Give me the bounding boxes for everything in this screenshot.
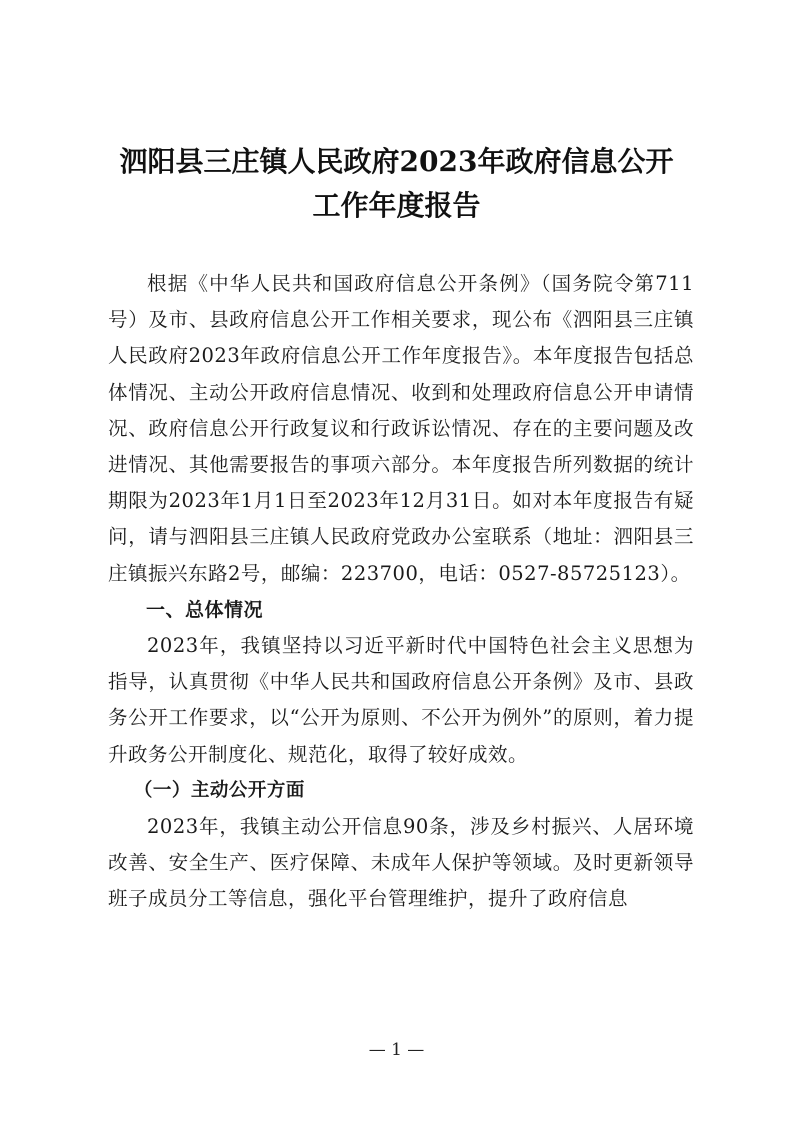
title-line-1: 泗阳县三庄镇人民政府2023年政府信息公开 <box>60 140 733 184</box>
proactive-disclosure-paragraph: 2023年，我镇主动公开信息90条，涉及乡村振兴、人居环境改善、安全生产、医疗保… <box>108 809 694 918</box>
document-title: 泗阳县三庄镇人民政府2023年政府信息公开 工作年度报告 <box>60 140 733 228</box>
document-page: 泗阳县三庄镇人民政府2023年政府信息公开 工作年度报告 根据《中华人民共和国政… <box>0 0 793 1122</box>
intro-paragraph: 根据《中华人民共和国政府信息公开条例》（国务院令第711号）及市、县政府信息公开… <box>108 266 694 592</box>
overview-paragraph: 2023年，我镇坚持以习近平新时代中国特色社会主义思想为指导，认真贯彻《中华人民… <box>108 628 694 773</box>
section-heading-overview: 一、总体情况 <box>108 592 694 628</box>
page-number: — 1 — <box>0 1040 793 1060</box>
subsection-heading-proactive-disclosure: （一）主动公开方面 <box>108 773 694 809</box>
document-body: 根据《中华人民共和国政府信息公开条例》（国务院令第711号）及市、县政府信息公开… <box>108 266 694 918</box>
title-line-2: 工作年度报告 <box>60 184 733 228</box>
